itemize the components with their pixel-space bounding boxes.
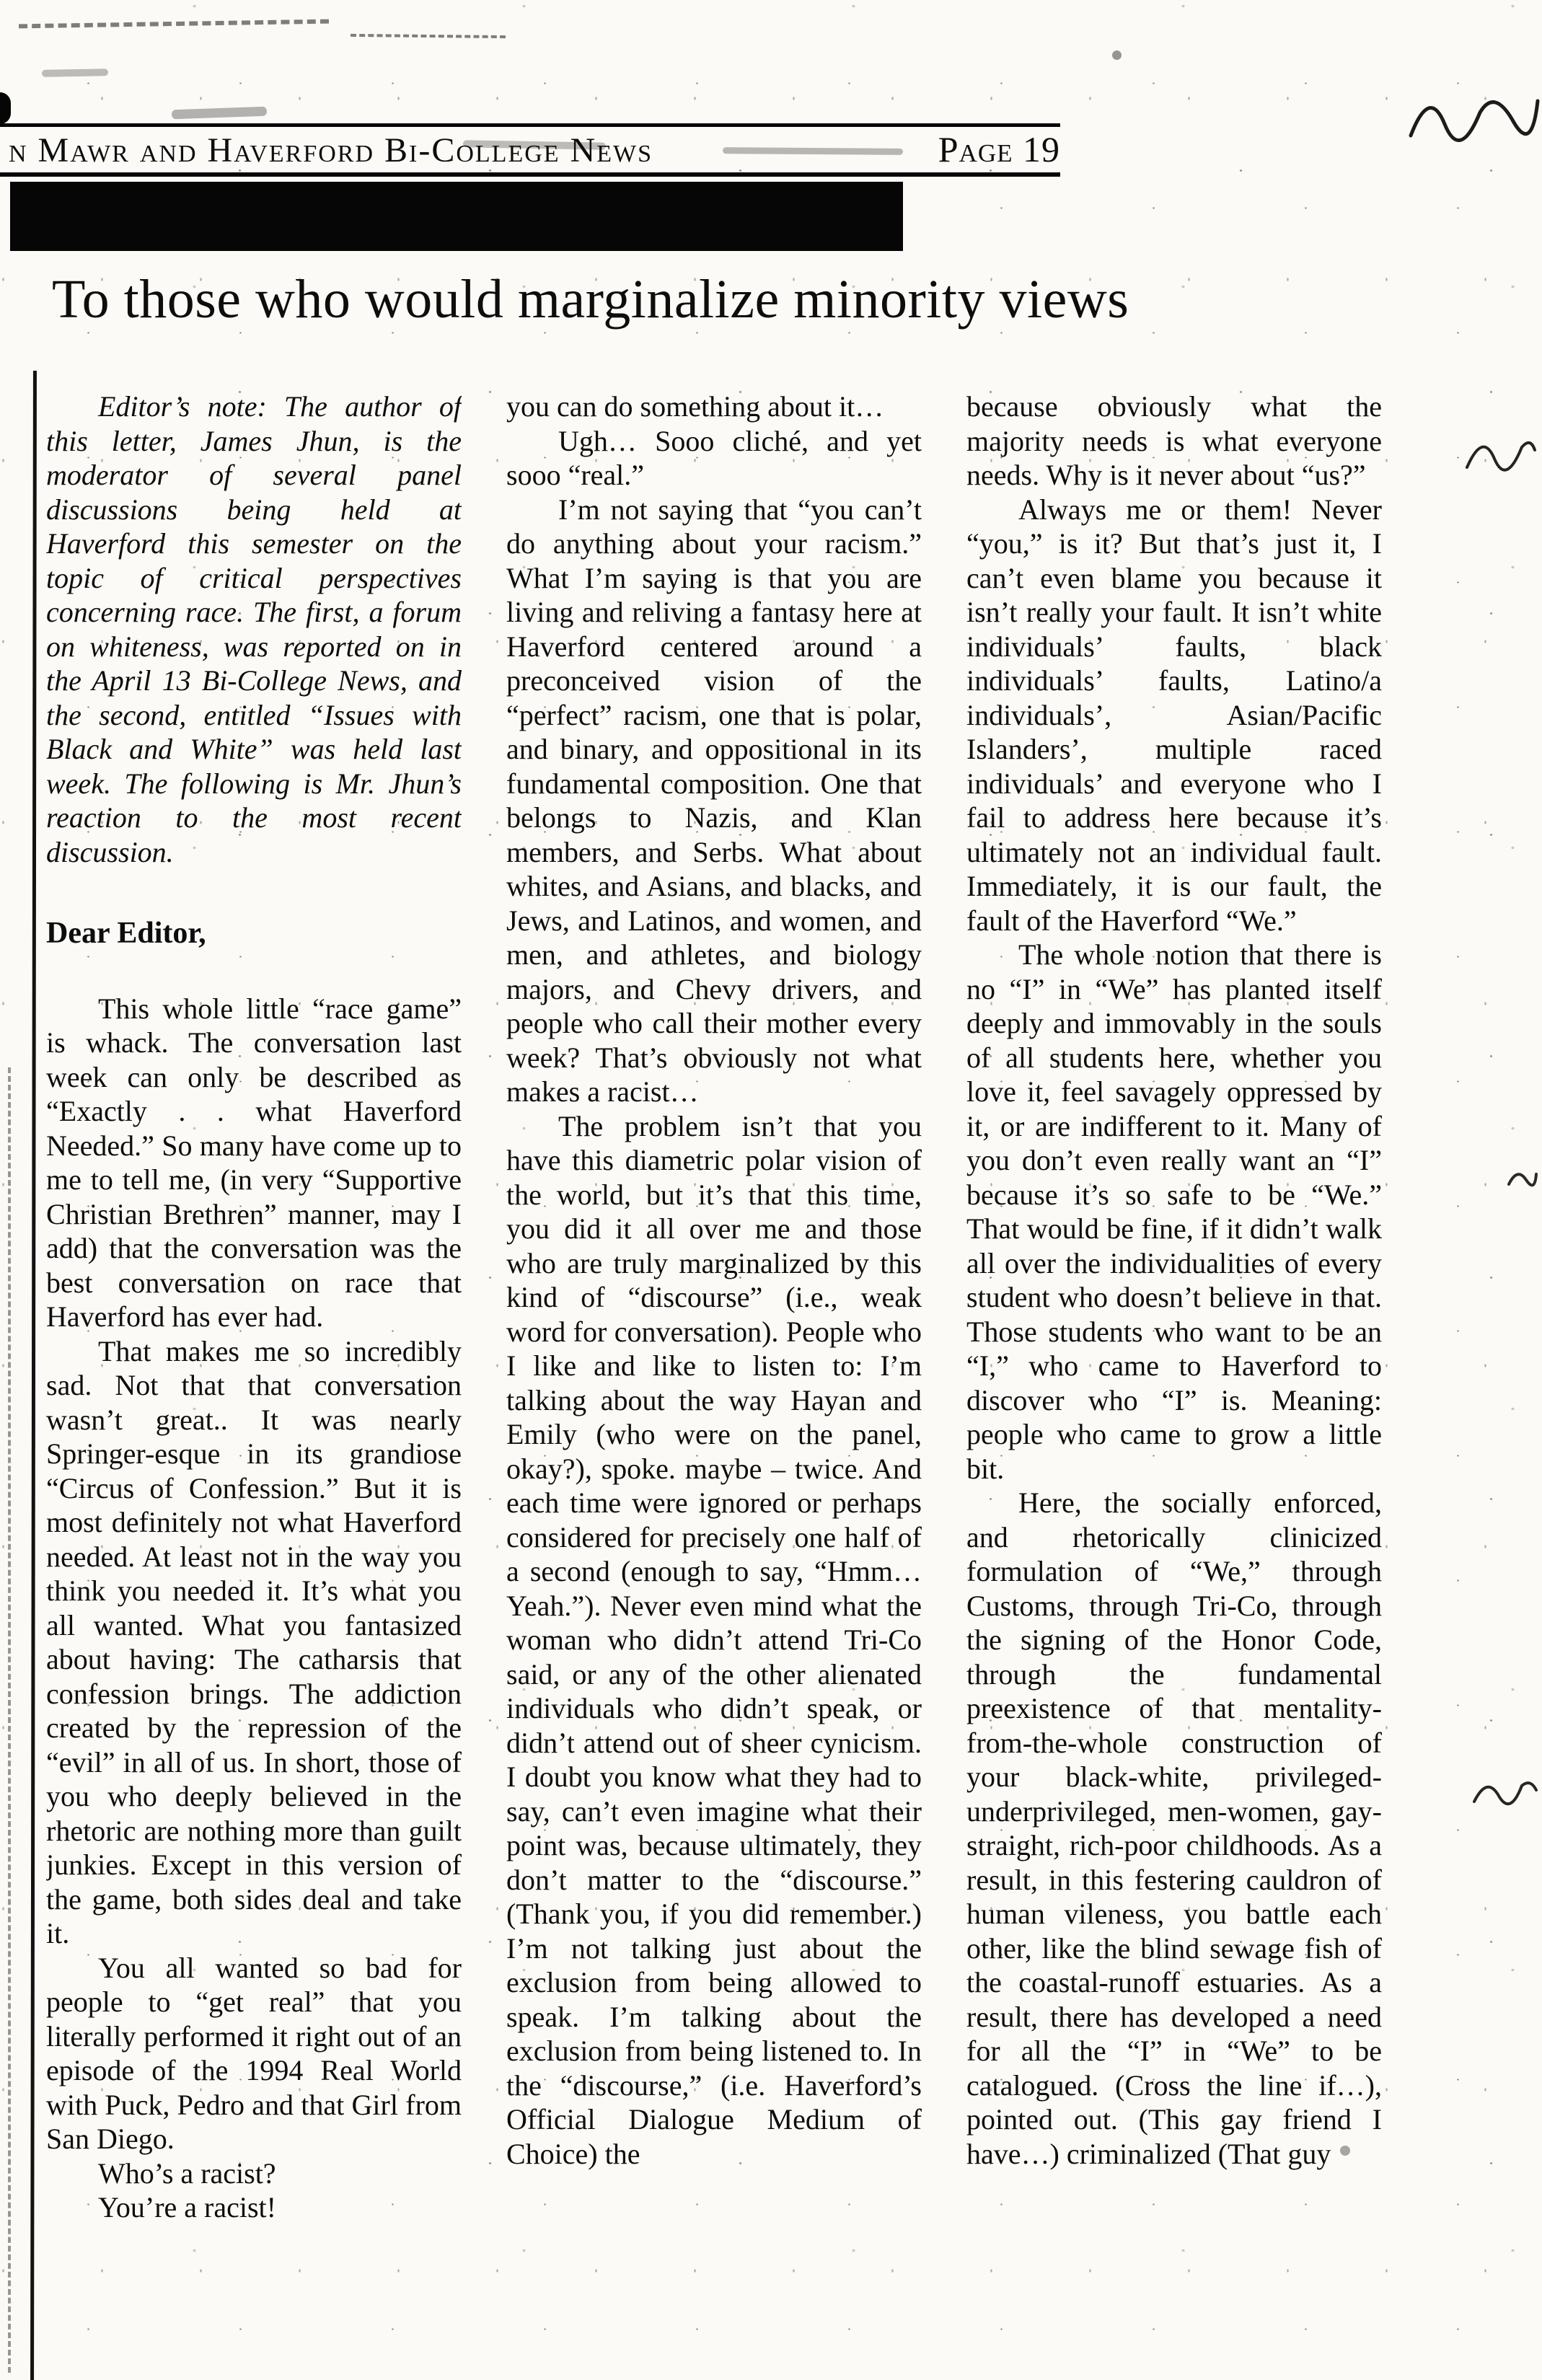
answer-line: You’re a racist! (46, 2190, 462, 2225)
paragraph-continuation: because obviously what the majority need… (966, 389, 1382, 493)
handwritten-mark (1506, 1163, 1539, 1191)
masthead-rule-top (0, 123, 1060, 127)
torn-edge-mark (8, 1067, 11, 2373)
editors-note: Editor’s note: The author of this letter… (46, 389, 462, 869)
torn-edge-mark (351, 34, 506, 38)
article-body: Editor’s note: The author of this letter… (46, 389, 1382, 2380)
paragraph: Here, the socially enforced, and rhetori… (966, 1486, 1382, 2171)
column-3: because obviously what the majority need… (966, 389, 1382, 2380)
paragraph: This whole little “race game” is whack. … (46, 992, 462, 1334)
masthead-title: n Mawr and Haverford Bi-College News (9, 131, 653, 170)
salutation: Dear Editor, (46, 917, 462, 951)
handwritten-mark (1405, 74, 1542, 157)
scan-smudge (172, 107, 267, 120)
scanned-newspaper-page: { "masthead": { "title": "n Mawr and Hav… (0, 0, 1542, 2380)
paragraph: The whole notion that there is no “I” in… (966, 938, 1382, 1486)
headline: To those who would marginalize minority … (52, 268, 1494, 331)
column-2: you can do something about it… Ugh… Sooo… (506, 389, 922, 2380)
paragraph: The problem isn’t that you have this dia… (506, 1109, 922, 2172)
column-1: Editor’s note: The author of this letter… (46, 389, 462, 2380)
torn-edge-mark (19, 19, 329, 29)
black-banner (10, 182, 903, 251)
question-line: Who’s a racist? (46, 2156, 462, 2191)
column-rule (30, 371, 37, 2380)
cut-off-glyph (0, 92, 11, 124)
masthead: n Mawr and Haverford Bi-College News Pag… (9, 128, 1060, 170)
handwritten-mark (1471, 1760, 1540, 1821)
page-number: Page 19 (938, 128, 1060, 170)
paragraph: You all wanted so bad for people to “get… (46, 1951, 462, 2156)
scan-smudge (1112, 50, 1122, 60)
masthead-rule-bottom (0, 172, 1060, 177)
paragraph: That makes me so incredibly sad. Not tha… (46, 1334, 462, 1951)
handwritten-mark (1463, 417, 1538, 485)
paragraph: I’m not saying that “you can’t do anythi… (506, 493, 922, 1109)
scan-smudge (42, 69, 108, 77)
paragraph: Always me or them! Never “you,” is it? B… (966, 493, 1382, 938)
paragraph: Ugh… Sooo cliché, and yet sooo “real.” (506, 424, 922, 493)
paragraph-continuation: you can do something about it… (506, 389, 922, 424)
